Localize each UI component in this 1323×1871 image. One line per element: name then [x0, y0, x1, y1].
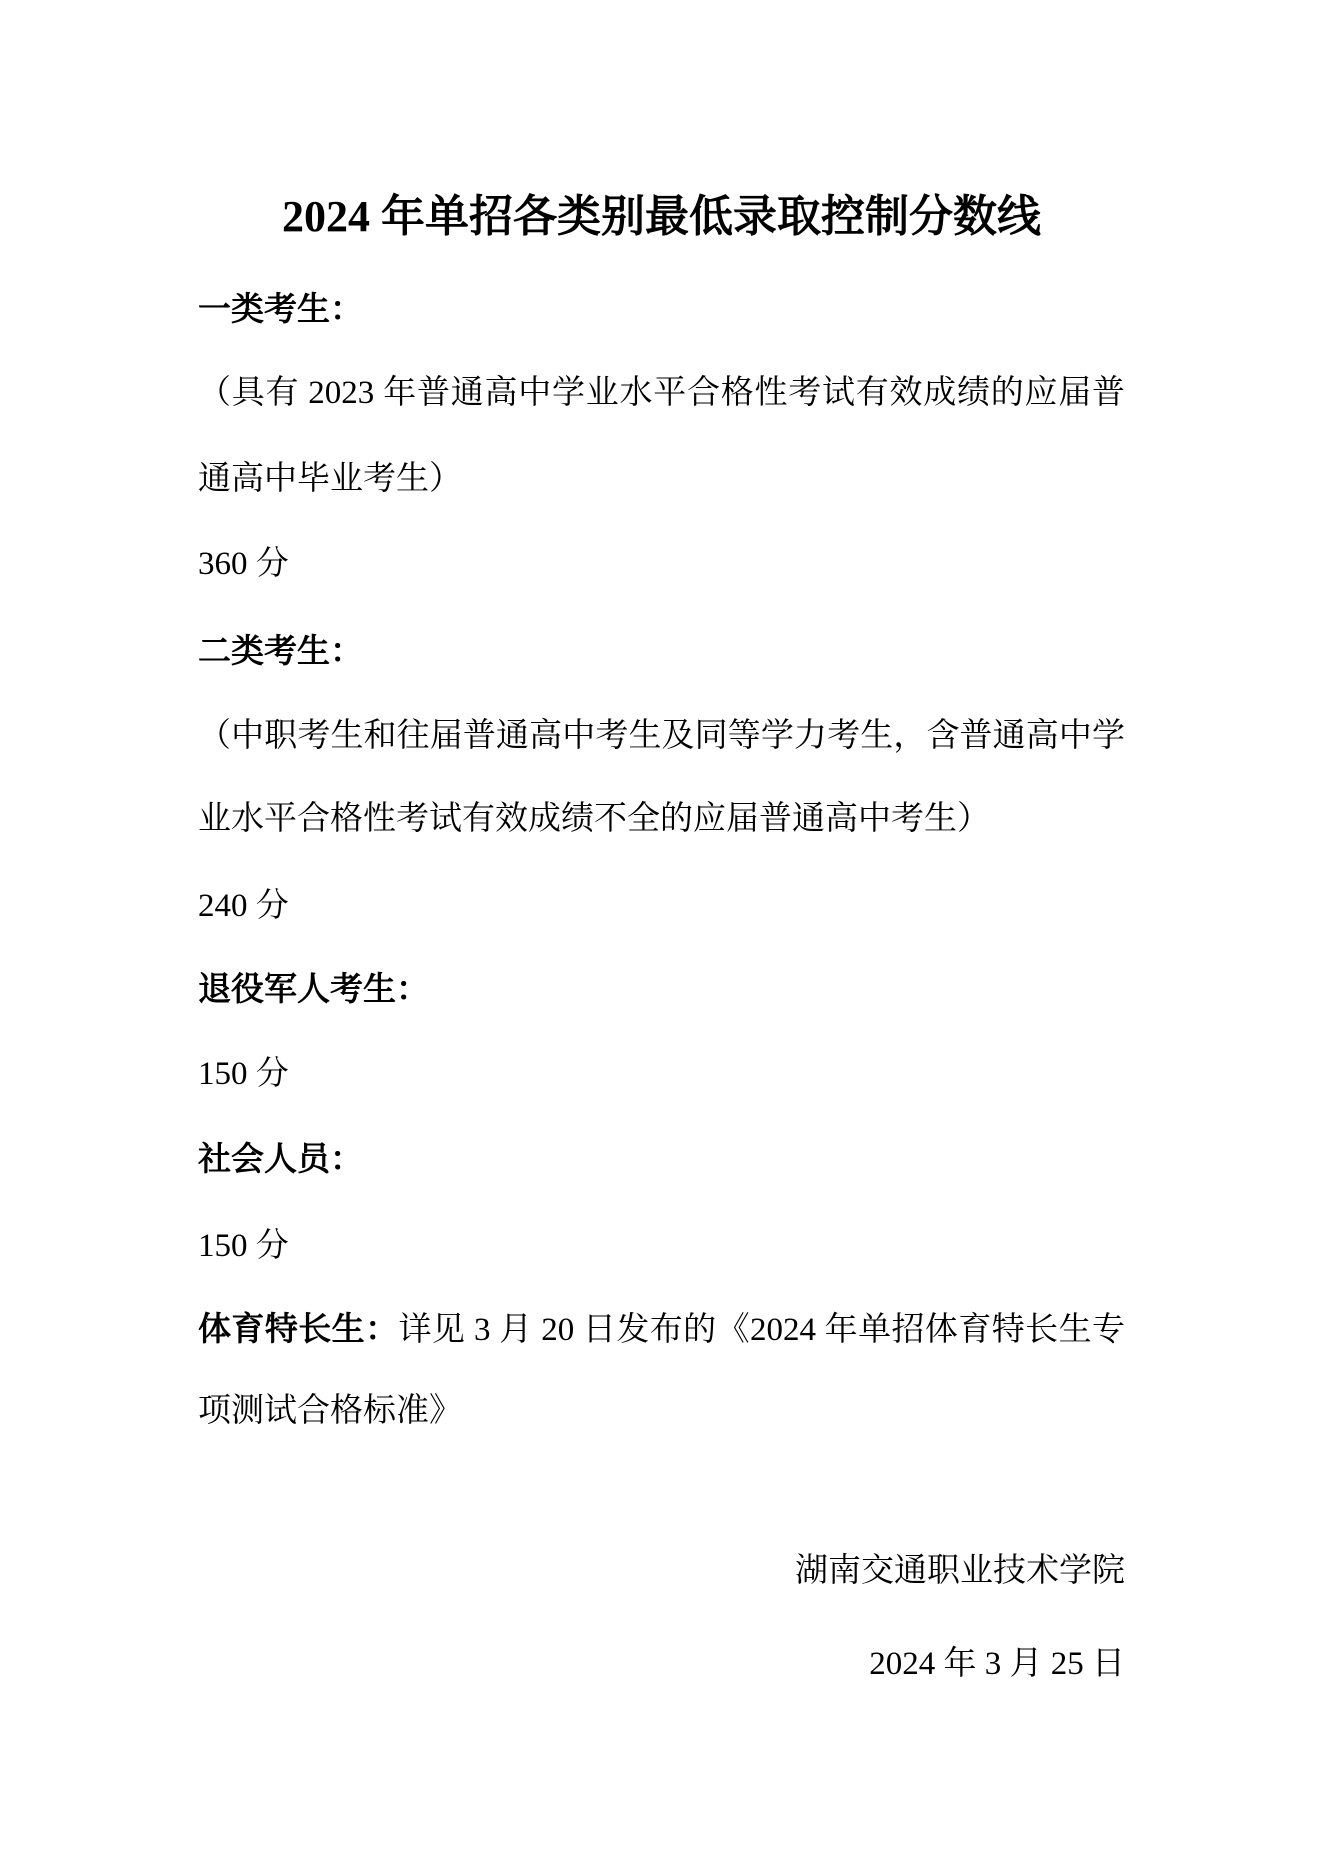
category-1-score: 360 分	[198, 543, 1125, 585]
category-1-heading: 一类考生：	[198, 288, 1125, 330]
category-3-heading: 退役军人考生：	[198, 968, 1125, 1010]
signature-org: 湖南交通职业技术学院	[198, 1550, 1125, 1592]
signature-date: 2024 年 3 月 25 日	[198, 1643, 1125, 1685]
category-1-note-line-2: 通高中毕业考生）	[198, 458, 1125, 500]
category-2-score: 240 分	[198, 885, 1125, 927]
document-title: 2024 年单招各类别最低录取控制分数线	[198, 190, 1125, 244]
document-page: 2024 年单招各类别最低录取控制分数线 一类考生： （具有 2023 年普通高…	[0, 0, 1323, 1871]
sports-text-1: 详见 3 月 20 日发布的《2024 年单招体育特长生专	[399, 1312, 1126, 1348]
category-4-heading: 社会人员：	[198, 1138, 1125, 1180]
sports-line-2: 项测试合格标准》	[198, 1390, 1125, 1432]
sports-heading: 体育特长生：	[198, 1310, 399, 1347]
category-3-score: 150 分	[198, 1053, 1125, 1095]
category-2-note-line-1: （中职考生和往届普通高中考生及同等学力考生，含普通高中学	[198, 715, 1125, 757]
category-2-heading: 二类考生：	[198, 630, 1125, 672]
category-1-note-line-1: （具有 2023 年普通高中学业水平合格性考试有效成绩的应届普	[198, 372, 1125, 414]
category-4-score: 150 分	[198, 1225, 1125, 1267]
sports-line-1: 体育特长生：详见 3 月 20 日发布的《2024 年单招体育特长生专	[198, 1308, 1125, 1350]
category-2-note-line-2: 业水平合格性考试有效成绩不全的应届普通高中考生）	[198, 798, 1125, 840]
